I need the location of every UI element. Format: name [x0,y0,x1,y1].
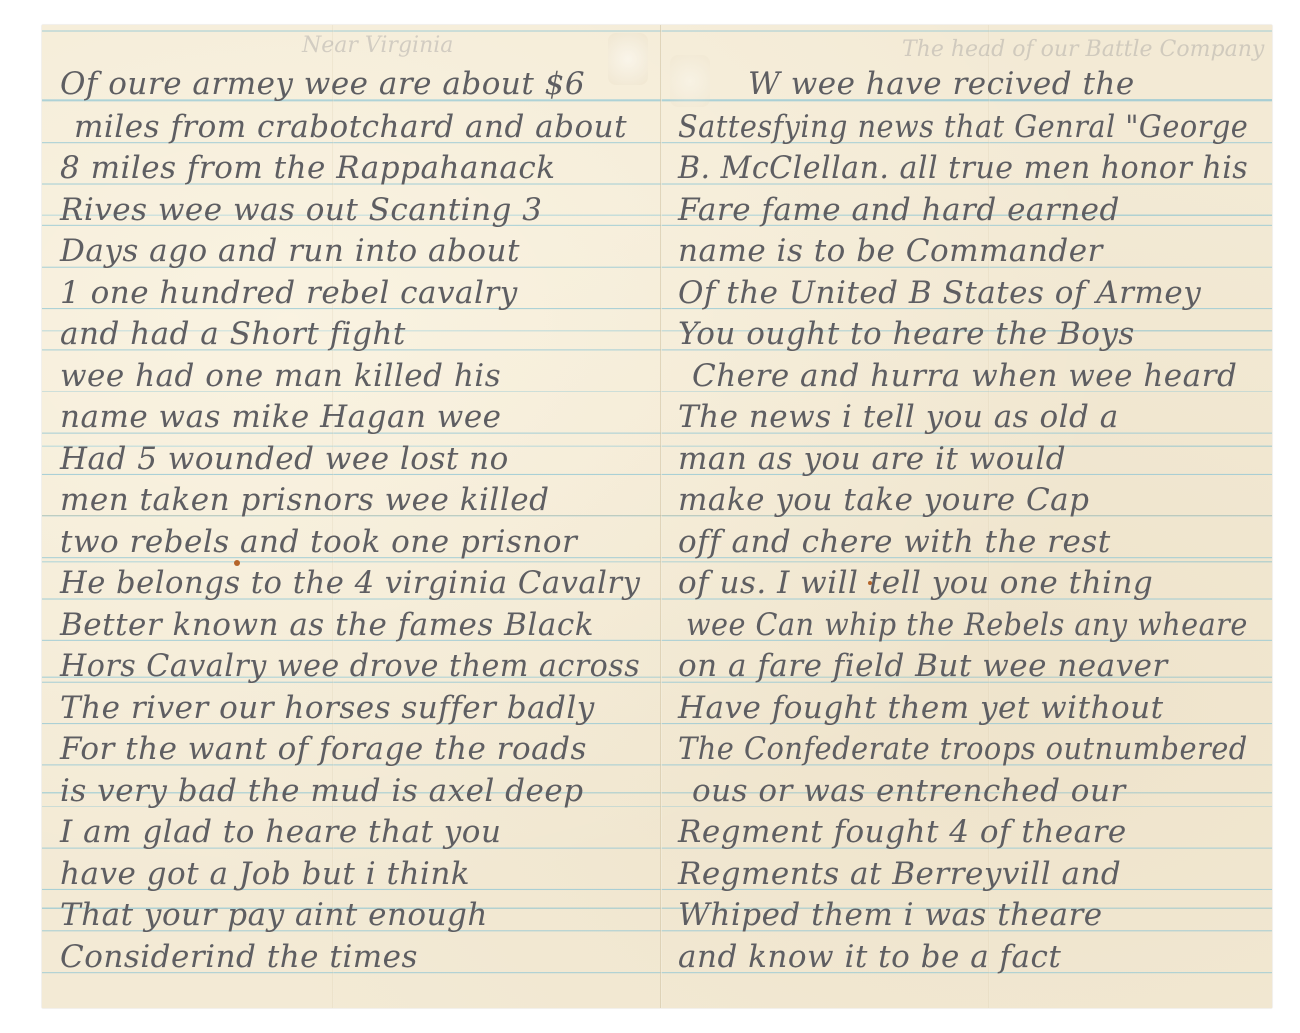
text-line: W wee have recived the [748,69,1135,100]
text-line: men taken prisnors wee killed [60,485,549,516]
text-line: Chere and hurra when wee heard [692,361,1237,392]
text-line: Of the United B States of Armey [678,278,1201,309]
text-line: ous or was entrenched our [692,776,1126,807]
text-line: Hors Cavalry wee drove them across [60,651,640,682]
text-line: man as you are it would [678,444,1066,475]
text-line: of us. I will tell you one thing [678,568,1153,599]
text-line: That your pay aint enough [60,900,488,931]
text-line: two rebels and took one prisnor [60,527,577,558]
text-line: The river our horses suffer badly [60,693,595,724]
text-line: and know it to be a fact [678,942,1061,973]
text-line: is very bad the mud is axel deep [60,776,584,807]
text-line: on a fare field But wee neaver [678,651,1168,682]
text-line: Have fought them yet without [678,693,1164,724]
text-line: name is to be Commander [678,236,1103,267]
text-line: Fare fame and hard earned [678,195,1120,226]
text-line: The Confederate troops outnumbered [678,734,1248,765]
text-line: make you take youre Cap [678,485,1090,516]
text-line: Whiped them i was theare [678,900,1103,931]
text-line: off and chere with the rest [678,527,1111,558]
text-line: wee Can whip the Rebels any wheare [686,610,1248,641]
text-line: Rives wee was out Scanting 3 [60,195,542,226]
text-line: Regment fought 4 of theare [678,817,1127,848]
text-line: B. McClellan. all true men honor his [678,153,1248,184]
left-page: Of oure armey wee are about $6 miles fro… [60,25,650,1008]
letter-sheet: Near Virginia The head of our Battle Com… [42,25,1272,1008]
text-line: Better known as the fames Black [60,610,594,641]
text-line: Sattesfying news that Genral "George [678,112,1248,143]
text-line: Of oure armey wee are about $6 [60,69,585,100]
center-fold [660,25,662,1008]
text-line: name was mike Hagan wee [60,402,502,433]
text-line: miles from crabotchard and about [74,112,627,143]
text-line: The news i tell you as old a [678,402,1119,433]
text-line: He belongs to the 4 virginia Cavalry [60,568,640,599]
text-line: 8 miles from the Rappahanack [60,153,555,184]
text-line: have got a Job but i think [60,859,470,890]
text-line: I am glad to heare that you [60,817,501,848]
text-line: For the want of forage the roads [60,734,587,765]
text-line: 1 one hundred rebel cavalry [60,278,518,309]
text-line: You ought to heare the Boys [678,319,1135,350]
text-line: Days ago and run into about [60,236,520,267]
text-line: Had 5 wounded wee lost no [60,444,509,475]
text-line: wee had one man killed his [60,361,501,392]
right-page: W wee have recived the Sattesfying news … [678,25,1258,1008]
text-line: Considerind the times [60,942,418,973]
text-line: and had a Short fight [60,319,406,350]
text-line: Regments at Berreyvill and [678,859,1121,890]
